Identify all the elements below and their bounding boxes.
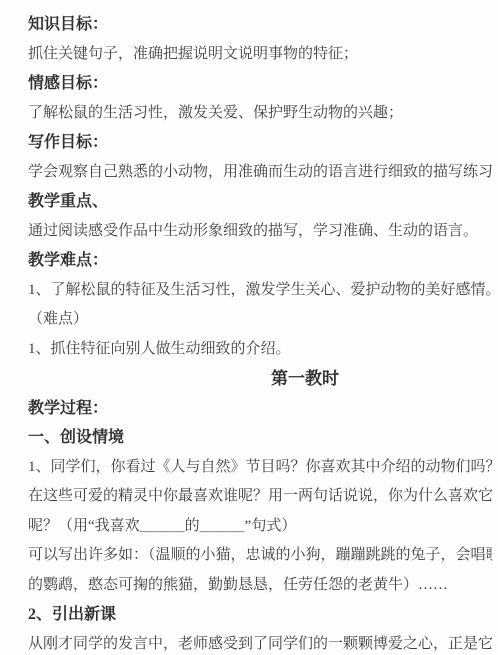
heading-knowledge-goals: 知识目标： <box>28 10 492 40</box>
paragraph-difficulty-item-1: 1、了解松鼠的特征及生活习性，激发学生关心、爱护动物的美好感情。 <box>28 276 492 306</box>
paragraph-emotion-goal: 了解松鼠的生活习性，激发关爱、保护野生动物的兴趣； <box>28 99 492 129</box>
paragraph-teaching-focus: 通过阅读感受作品中生动形象细致的描写，学习准确、生动的语言。 <box>28 217 492 247</box>
paragraph-difficulty-wrap: （难点） <box>28 305 492 335</box>
heading-writing-goals: 写作目标： <box>28 128 492 158</box>
heading-emotion-goals: 情感目标： <box>28 69 492 99</box>
heading-create-situation: 一、创设情境 <box>28 423 492 453</box>
paragraph-new-lesson-intro: 从刚才同学的发言中，老师感受到了同学们的一颗颗博爱之心，正是它构 <box>28 630 492 655</box>
heading-introduce-new-lesson: 2、引出新课 <box>28 600 492 630</box>
heading-first-period: 第一教时 <box>28 364 492 394</box>
paragraph-examples-line-1: 可以写出许多如：（温顺的小猫，忠诚的小狗，蹦蹦跳跳的兔子，会唱歌 <box>28 541 492 571</box>
paragraph-question-line-2: 在这些可爱的精灵中你最喜欢谁呢？用一两句话说说，你为什么喜欢它 <box>28 482 492 512</box>
paragraph-difficulty-item-2: 1、抓住特征向别人做生动细致的介绍。 <box>28 335 492 365</box>
paragraph-question-line-1: 1、同学们，你看过《人与自然》节目吗？你喜欢其中介绍的动物们吗？ <box>28 453 492 483</box>
paragraph-writing-goal: 学会观察自己熟悉的小动物，用准确而生动的语言进行细致的描写练习。 <box>28 158 492 188</box>
paragraph-knowledge-goal: 抓住关键句子，准确把握说明文说明事物的特征； <box>28 40 492 70</box>
paragraph-examples-line-2: 的鹦鹉，憨态可掬的熊猫，勤勤恳恳，任劳任怨的老黄牛）…… <box>28 571 492 601</box>
heading-teaching-difficulty: 教学难点： <box>28 246 492 276</box>
heading-teaching-process: 教学过程： <box>28 394 492 424</box>
lesson-plan-page: 知识目标： 抓住关键句子，准确把握说明文说明事物的特征； 情感目标： 了解松鼠的… <box>0 0 498 655</box>
document-body: 知识目标： 抓住关键句子，准确把握说明文说明事物的特征； 情感目标： 了解松鼠的… <box>0 0 498 655</box>
heading-teaching-focus: 教学重点、 <box>28 187 492 217</box>
paragraph-sentence-pattern: 呢？（用“我喜欢＿＿＿的＿＿＿”句式） <box>28 512 492 542</box>
